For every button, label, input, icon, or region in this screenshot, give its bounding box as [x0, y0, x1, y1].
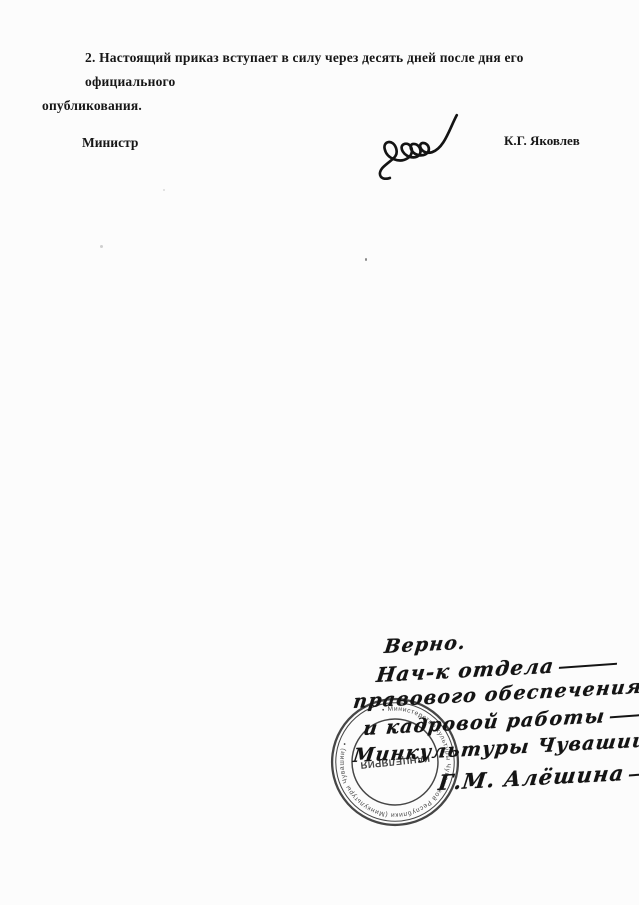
minister-signature-flourish — [363, 110, 461, 180]
scan-speck — [365, 258, 367, 261]
minister-name: К.Г. Яковлев — [504, 133, 580, 149]
certification-line-verno: Верно. — [383, 632, 467, 658]
scanned-document-page: 2. Настоящий приказ вступает в силу чере… — [0, 0, 639, 905]
minister-role-label: Министр — [82, 135, 138, 151]
order-paragraph: 2. Настоящий приказ вступает в силу чере… — [42, 46, 598, 118]
pen-stroke-tail — [559, 663, 617, 669]
paragraph-line-2: опубликования. — [42, 94, 598, 118]
paragraph-line-1: 2. Настоящий приказ вступает в силу чере… — [42, 46, 598, 94]
pen-stroke-tail — [610, 713, 639, 718]
scan-speck — [100, 245, 103, 248]
scan-speck — [163, 189, 165, 191]
pen-stroke-tail — [629, 770, 639, 776]
certification-signatory-name: Г.М. Алёшина — [437, 757, 639, 795]
